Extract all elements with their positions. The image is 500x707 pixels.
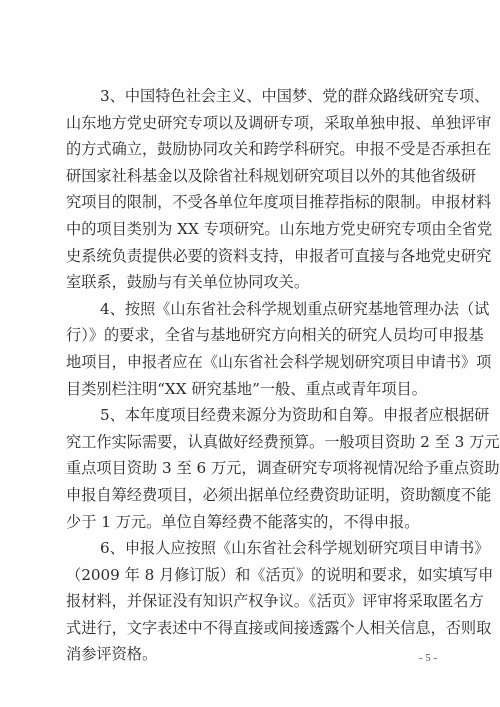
text-line: 行）》的要求，全省与基地研究方向相关的研究人员均可申报基 <box>66 322 436 349</box>
text-line: 少于 1 万元。单位自筹经费不能落实的，不得申报。 <box>66 509 436 536</box>
text-line: 5、本年度项目经费来源分为资助和自筹。申报者应根据研 <box>66 402 436 429</box>
text-line: 重点项目资助 3 至 6 万元，调查研究专项将视情况给予重点资助。 <box>66 455 436 482</box>
text-line: 的方式确立，鼓励协同攻关和跨学科研究。申报不受是否承担在 <box>66 136 436 163</box>
paragraph-4: 4、按照《山东省社会科学规划重点研究基地管理办法（试 行）》的要求，全省与基地研… <box>66 296 436 402</box>
page-number: - 5 - <box>414 652 442 664</box>
text-line: 地项目，申报者应在《山东省社会科学规划研究项目申请书》项 <box>66 349 436 376</box>
text-line: 目类别栏注明“XX 研究基地”一般、重点或青年项目。 <box>66 376 436 403</box>
text-line: 3、中国特色社会主义、中国梦、党的群众路线研究专项、 <box>66 83 436 110</box>
text-line: 研国家社科基金以及除省社科规划研究项目以外的其他省级研 <box>66 163 436 190</box>
text-line: 消参评资格。 <box>66 641 436 668</box>
text-line: 报材料，并保证没有知识产权争议。《活页》评审将采取匿名方 <box>66 588 436 615</box>
text-line: 究项目的限制，不受各单位年度项目推荐指标的限制。申报材料 <box>66 189 436 216</box>
text-line: 山东地方党史研究专项以及调研专项，采取单独申报、单独评审 <box>66 110 436 137</box>
text-line: 6、申报人应按照《山东省社会科学规划研究项目申请书》 <box>66 535 436 562</box>
paragraph-6: 6、申报人应按照《山东省社会科学规划研究项目申请书》 （2009 年 8 月修订… <box>66 535 436 668</box>
text-line: 室联系，鼓励与有关单位协同攻关。 <box>66 269 436 296</box>
document-body: 3、中国特色社会主义、中国梦、党的群众路线研究专项、 山东地方党史研究专项以及调… <box>66 83 436 668</box>
text-line: 究工作实际需要，认真做好经费预算。一般项目资助 2 至 3 万元， <box>66 429 436 456</box>
paragraph-5: 5、本年度项目经费来源分为资助和自筹。申报者应根据研 究工作实际需要，认真做好经… <box>66 402 436 535</box>
text-line: 式进行，文字表述中不得直接或间接透露个人相关信息，否则取 <box>66 615 436 642</box>
text-line: 申报自筹经费项目，必须出据单位经费资助证明，资助额度不能 <box>66 482 436 509</box>
text-line: 4、按照《山东省社会科学规划重点研究基地管理办法（试 <box>66 296 436 323</box>
text-line: 史系统负责提供必要的资料支持，申报者可直接与各地党史研究 <box>66 243 436 270</box>
paragraph-3: 3、中国特色社会主义、中国梦、党的群众路线研究专项、 山东地方党史研究专项以及调… <box>66 83 436 296</box>
text-line: （2009 年 8 月修订版）和《活页》的说明和要求，如实填写申 <box>66 562 436 589</box>
text-line: 中的项目类别为 XX 专项研究。山东地方党史研究专项由全省党 <box>66 216 436 243</box>
document-page: 3、中国特色社会主义、中国梦、党的群众路线研究专项、 山东地方党史研究专项以及调… <box>0 0 500 707</box>
